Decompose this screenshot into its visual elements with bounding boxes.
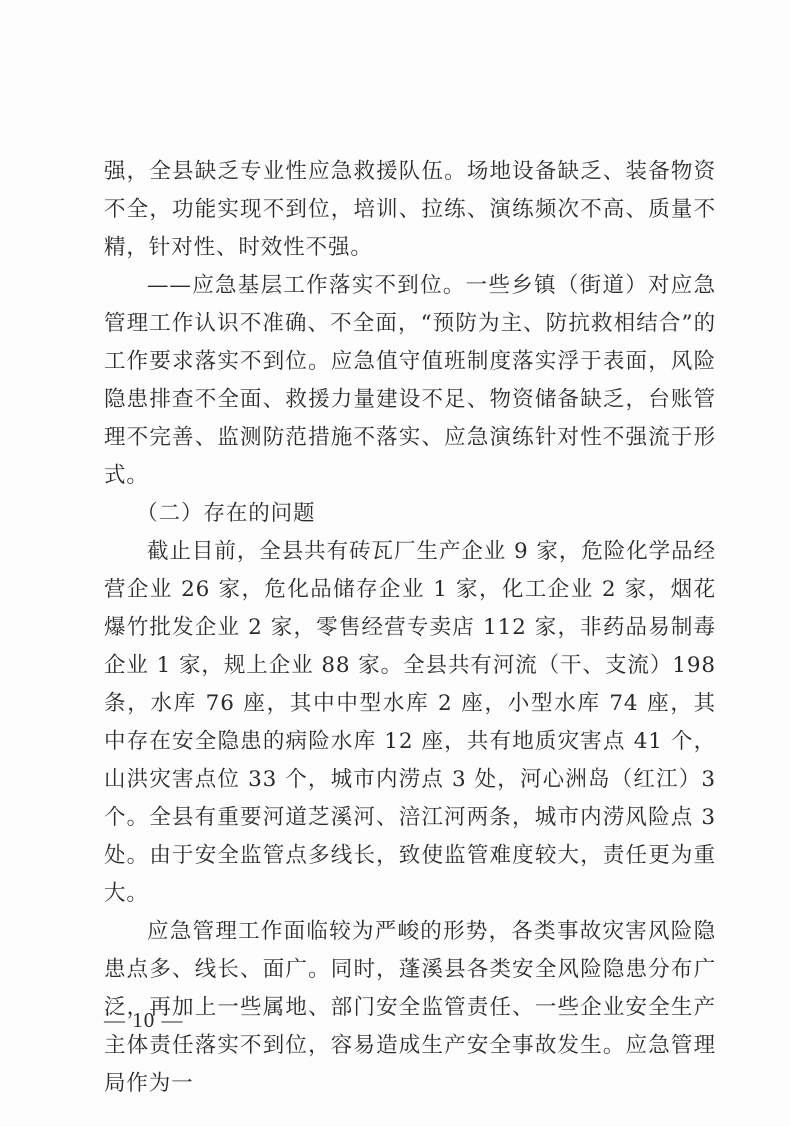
document-body: 强，全县缺乏专业性应急救援队伍。场地设备缺乏、装备物资不全，功能实现不到位，培训…: [104, 153, 716, 1103]
paragraph-statistics: 截止目前，全县共有砖瓦厂生产企业 9 家，危险化学品经营企业 26 家，危化品储…: [104, 533, 716, 913]
paragraph-situation: 应急管理工作面临较为严峻的形势，各类事故灾害风险隐患点多、线长、面广。同时，蓬溪…: [104, 913, 716, 1103]
document-page: 强，全县缺乏专业性应急救援队伍。场地设备缺乏、装备物资不全，功能实现不到位，培训…: [0, 0, 790, 1127]
page-number: — 10 —: [104, 1008, 184, 1033]
section-heading-existing-problems: （二）存在的问题: [104, 495, 716, 533]
paragraph-grassroots-work: ——应急基层工作落实不到位。一些乡镇（街道）对应急管理工作认识不准确、不全面，“…: [104, 267, 716, 495]
paragraph-continuation: 强，全县缺乏专业性应急救援队伍。场地设备缺乏、装备物资不全，功能实现不到位，培训…: [104, 153, 716, 267]
